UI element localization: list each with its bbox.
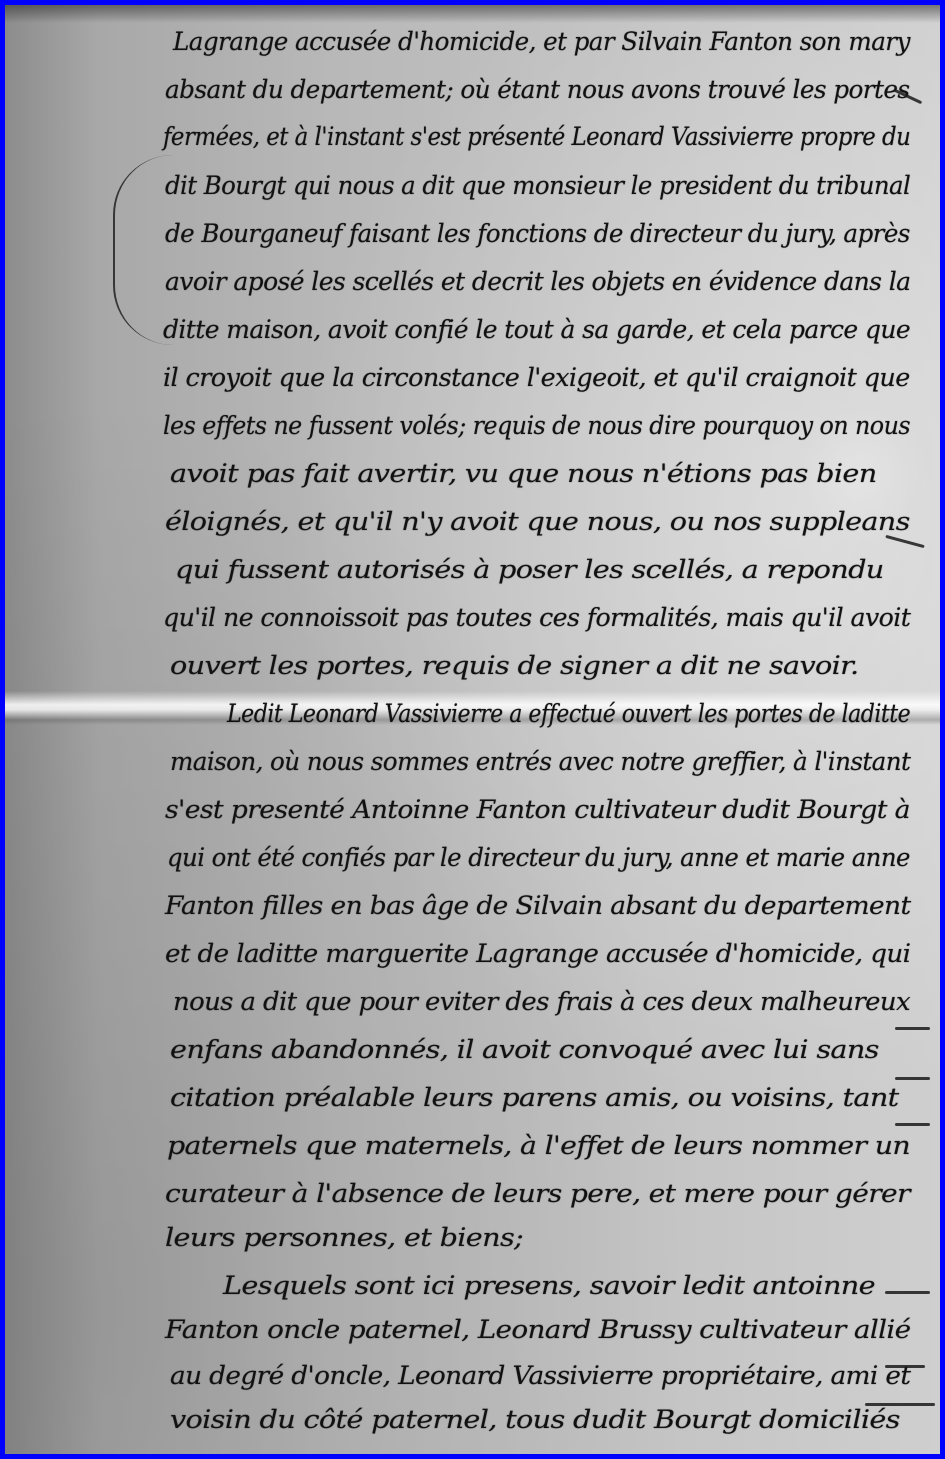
text-line: curateur à l'absence de leurs pere, et m… bbox=[165, 1179, 910, 1208]
text-line: de Bourganeuf faisant les fonctions de d… bbox=[165, 219, 910, 248]
manuscript-page: Lagrange accusée d'homicide, et par Silv… bbox=[5, 5, 940, 1454]
text-line: absant du departement; où étant nous avo… bbox=[165, 75, 910, 104]
line-filler-stroke bbox=[895, 1027, 930, 1030]
text-line: voisin du côté paternel, tous dudit Bour… bbox=[170, 1405, 900, 1434]
text-line: qui ont été confiés par le directeur du … bbox=[167, 843, 910, 872]
line-filler-stroke bbox=[885, 1365, 925, 1368]
handwritten-text-block: Lagrange accusée d'homicide, et par Silv… bbox=[5, 5, 940, 1454]
text-line: il croyoit que la circonstance l'exigeoi… bbox=[163, 363, 910, 392]
text-line: qu'il ne connoissoit pas toutes ces form… bbox=[163, 603, 910, 632]
text-line: Lesquels sont ici presens, savoir ledit … bbox=[223, 1271, 875, 1300]
line-filler-stroke bbox=[895, 1077, 930, 1080]
text-line: les effets ne fussent volés; requis de n… bbox=[163, 411, 910, 440]
text-line: éloignés, et qu'il n'y avoit que nous, o… bbox=[165, 507, 910, 536]
text-line: Lagrange accusée d'homicide, et par Silv… bbox=[173, 27, 910, 56]
text-line: citation préalable leurs parens amis, ou… bbox=[170, 1083, 899, 1112]
text-line: avoir aposé les scellés et decrit les ob… bbox=[165, 267, 910, 296]
text-line: ouvert les portes, requis de signer a di… bbox=[170, 651, 858, 680]
text-line: Fanton oncle paternel, Leonard Brussy cu… bbox=[165, 1315, 910, 1344]
text-line: paternels que maternels, à l'effet de le… bbox=[167, 1131, 910, 1160]
text-line: avoit pas fait avertir, vu que nous n'ét… bbox=[170, 459, 877, 488]
text-line: dit Bourgt qui nous a dit que monsieur l… bbox=[165, 171, 910, 200]
text-line: ditte maison, avoit confié le tout à sa … bbox=[163, 315, 910, 344]
line-filler-stroke bbox=[895, 1123, 930, 1126]
blue-border-frame: Lagrange accusée d'homicide, et par Silv… bbox=[5, 5, 940, 1454]
text-line: leurs personnes, et biens; bbox=[165, 1223, 523, 1252]
text-line: Fanton filles en bas âge de Silvain absa… bbox=[165, 891, 910, 920]
text-line: s'est presenté Antoinne Fanton cultivate… bbox=[165, 795, 910, 824]
line-filler-stroke bbox=[865, 1403, 935, 1406]
text-line: nous a dit que pour eviter des frais à c… bbox=[173, 987, 910, 1016]
text-line: enfans abandonnés, il avoit convoqué ave… bbox=[170, 1035, 879, 1064]
text-line: au degré d'oncle, Leonard Vassivierre pr… bbox=[170, 1361, 910, 1390]
line-filler-stroke bbox=[885, 1291, 930, 1294]
text-line: qui fussent autorisés à poser les scellé… bbox=[175, 555, 884, 584]
text-line: maison, où nous sommes entrés avec notre… bbox=[170, 747, 910, 776]
text-line: et de laditte marguerite Lagrange accusé… bbox=[165, 939, 910, 968]
text-line: Ledit Leonard Vassivierre a effectué ouv… bbox=[227, 699, 910, 728]
text-line: fermées, et à l'instant s'est présenté L… bbox=[163, 122, 910, 151]
